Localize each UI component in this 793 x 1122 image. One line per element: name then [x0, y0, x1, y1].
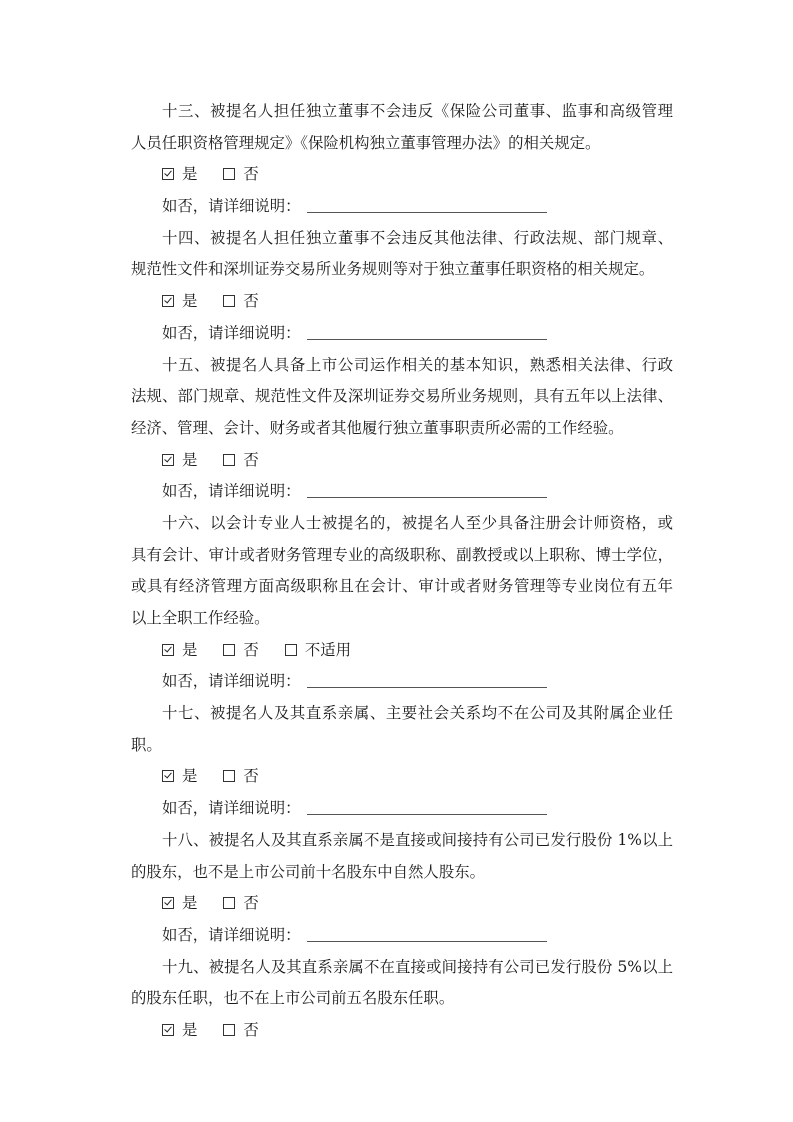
checkbox-icon[interactable]: [223, 295, 235, 307]
option-label: 否: [243, 767, 258, 785]
explanation-label: 如否，请详细说明：: [162, 799, 301, 817]
checkbox-icon[interactable]: [223, 1024, 235, 1036]
explanation-label: 如否，请详细说明：: [162, 926, 301, 944]
explanation-row: 如否，请详细说明：: [131, 318, 673, 350]
checkbox-icon[interactable]: [223, 897, 235, 909]
question-text: 十七、被提名人及其直系亲属、主要社会关系均不在公司及其附属企业任: [131, 698, 673, 730]
question-item: 十六、以会计专业人士被提名的，被提名人至少具备注册会计师资格，或具有会计、审计或…: [131, 508, 673, 698]
option-label: 是: [182, 292, 197, 310]
option-no[interactable]: 否: [223, 286, 258, 318]
checked-checkbox-icon[interactable]: [162, 770, 174, 782]
option-yes[interactable]: 是: [162, 1015, 197, 1047]
question-text-continued: 职。: [131, 730, 673, 762]
answer-options: 是否不适用: [131, 635, 673, 667]
checkbox-icon[interactable]: [223, 770, 235, 782]
option-no[interactable]: 否: [223, 761, 258, 793]
option-yes[interactable]: 是: [162, 286, 197, 318]
option-label: 是: [182, 767, 197, 785]
option-no[interactable]: 否: [223, 445, 258, 477]
question-text-continued: 以上全职工作经验。: [131, 603, 673, 635]
explanation-row: 如否，请详细说明：: [131, 793, 673, 825]
question-text: 十三、被提名人担任独立董事不会违反《保险公司董事、监事和高级管理: [131, 96, 673, 128]
option-label: 否: [243, 641, 258, 659]
question-text-continued: 的股东任职，也不在上市公司前五名股东任职。: [131, 983, 673, 1015]
checked-checkbox-icon[interactable]: [162, 1024, 174, 1036]
option-yes[interactable]: 是: [162, 888, 197, 920]
question-text-continued: 或具有经济管理方面高级职称且在会计、审计或者财务管理等专业岗位有五年: [131, 571, 673, 603]
explanation-label: 如否，请详细说明：: [162, 324, 301, 342]
answer-options: 是否: [131, 445, 673, 477]
checked-checkbox-icon[interactable]: [162, 454, 174, 466]
option-yes[interactable]: 是: [162, 635, 197, 667]
checked-checkbox-icon[interactable]: [162, 897, 174, 909]
option-label: 是: [182, 641, 197, 659]
explanation-label: 如否，请详细说明：: [162, 672, 301, 690]
option-label: 是: [182, 894, 197, 912]
option-not-applicable[interactable]: 不适用: [285, 635, 351, 667]
question-text-continued: 人员任职资格管理规定》《保险机构独立董事管理办法》的相关规定。: [131, 128, 673, 160]
option-no[interactable]: 否: [223, 635, 258, 667]
explanation-row: 如否，请详细说明：: [131, 920, 673, 952]
checkbox-icon[interactable]: [223, 168, 235, 180]
explanation-input[interactable]: [307, 483, 547, 498]
question-item: 十三、被提名人担任独立董事不会违反《保险公司董事、监事和高级管理人员任职资格管理…: [131, 96, 673, 223]
question-item: 十五、被提名人具备上市公司运作相关的基本知识，熟悉相关法律、行政法规、部门规章、…: [131, 350, 673, 508]
explanation-input[interactable]: [307, 673, 547, 688]
option-yes[interactable]: 是: [162, 445, 197, 477]
option-no[interactable]: 否: [223, 159, 258, 191]
checked-checkbox-icon[interactable]: [162, 644, 174, 656]
option-label: 否: [243, 292, 258, 310]
explanation-label: 如否，请详细说明：: [162, 482, 301, 500]
question-text: 十四、被提名人担任独立董事不会违反其他法律、行政法规、部门规章、: [131, 223, 673, 255]
answer-options: 是否: [131, 888, 673, 920]
option-label: 否: [243, 894, 258, 912]
answer-options: 是否: [131, 761, 673, 793]
option-no[interactable]: 否: [223, 1015, 258, 1047]
document-page: 十三、被提名人担任独立董事不会违反《保险公司董事、监事和高级管理人员任职资格管理…: [131, 96, 673, 1047]
answer-options: 是否: [131, 159, 673, 191]
option-label: 是: [182, 1021, 197, 1039]
explanation-input[interactable]: [307, 800, 547, 815]
question-text: 十八、被提名人及其直系亲属不是直接或间接持有公司已发行股份 1%以上: [131, 825, 673, 857]
option-label: 否: [243, 165, 258, 183]
question-item: 十四、被提名人担任独立董事不会违反其他法律、行政法规、部门规章、规范性文件和深圳…: [131, 223, 673, 350]
question-text: 十九、被提名人及其直系亲属不在直接或间接持有公司已发行股份 5%以上: [131, 952, 673, 984]
question-text: 十六、以会计专业人士被提名的，被提名人至少具备注册会计师资格，或: [131, 508, 673, 540]
checked-checkbox-icon[interactable]: [162, 295, 174, 307]
option-label: 是: [182, 165, 197, 183]
explanation-input[interactable]: [307, 325, 547, 340]
explanation-row: 如否，请详细说明：: [131, 666, 673, 698]
checkbox-icon[interactable]: [223, 454, 235, 466]
question-text-continued: 法规、部门规章、规范性文件及深圳证券交易所业务规则，具有五年以上法律、: [131, 381, 673, 413]
question-text-continued: 规范性文件和深圳证券交易所业务规则等对于独立董事任职资格的相关规定。: [131, 254, 673, 286]
question-item: 十九、被提名人及其直系亲属不在直接或间接持有公司已发行股份 5%以上的股东任职，…: [131, 952, 673, 1047]
option-label: 是: [182, 451, 197, 469]
checkbox-icon[interactable]: [285, 644, 297, 656]
option-label: 不适用: [305, 641, 351, 659]
answer-options: 是否: [131, 1015, 673, 1047]
option-no[interactable]: 否: [223, 888, 258, 920]
explanation-input[interactable]: [307, 198, 547, 213]
answer-options: 是否: [131, 286, 673, 318]
explanation-row: 如否，请详细说明：: [131, 191, 673, 223]
explanation-input[interactable]: [307, 927, 547, 942]
question-text-continued: 的股东，也不是上市公司前十名股东中自然人股东。: [131, 857, 673, 889]
question-item: 十七、被提名人及其直系亲属、主要社会关系均不在公司及其附属企业任职。是否如否，请…: [131, 698, 673, 825]
checkbox-icon[interactable]: [223, 644, 235, 656]
question-text-continued: 经济、管理、会计、财务或者其他履行独立董事职责所必需的工作经验。: [131, 413, 673, 445]
question-text-continued: 具有会计、审计或者财务管理专业的高级职称、副教授或以上职称、博士学位，: [131, 540, 673, 572]
option-label: 否: [243, 451, 258, 469]
explanation-row: 如否，请详细说明：: [131, 476, 673, 508]
option-yes[interactable]: 是: [162, 159, 197, 191]
option-yes[interactable]: 是: [162, 761, 197, 793]
option-label: 否: [243, 1021, 258, 1039]
question-item: 十八、被提名人及其直系亲属不是直接或间接持有公司已发行股份 1%以上的股东，也不…: [131, 825, 673, 952]
checked-checkbox-icon[interactable]: [162, 168, 174, 180]
explanation-label: 如否，请详细说明：: [162, 197, 301, 215]
question-text: 十五、被提名人具备上市公司运作相关的基本知识，熟悉相关法律、行政: [131, 350, 673, 382]
